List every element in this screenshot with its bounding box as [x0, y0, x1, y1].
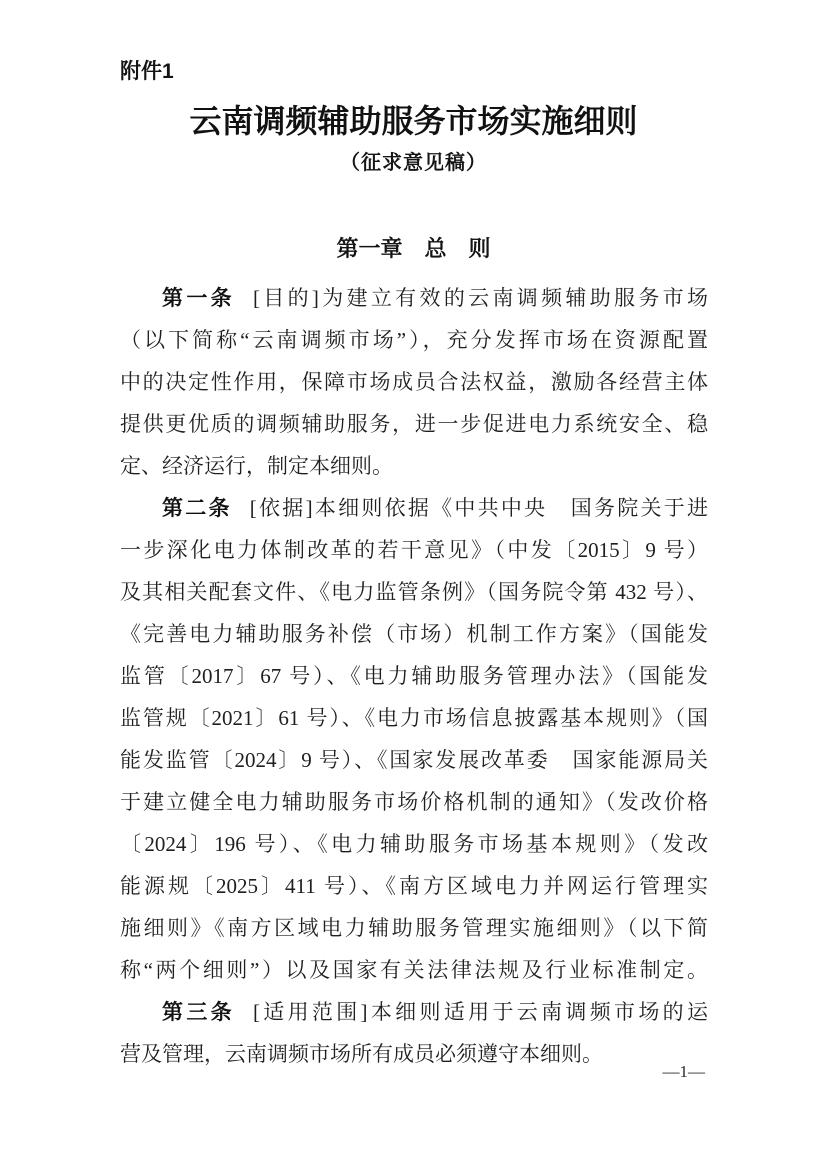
paragraph-line: 于建立健全电力辅助服务市场价格机制的通知》（发改价格 — [120, 781, 708, 823]
attachment-label: 附件1 — [120, 55, 174, 85]
document-title: 云南调频辅助服务市场实施细则 — [0, 96, 827, 142]
paragraph-line: 第一条[目的]为建立有效的云南调频辅助服务市场 — [120, 277, 708, 319]
paragraph-line: （以下简称“云南调频市场”），充分发挥市场在资源配置 — [120, 319, 708, 361]
document-subtitle: （征求意见稿） — [0, 146, 827, 175]
paragraph-line: 营及管理，云南调频市场所有成员必须遵守本细则。 — [120, 1033, 708, 1075]
paragraph-line: 能源规〔2025〕411 号）、《南方区域电力并网运行管理实 — [120, 865, 708, 907]
article-number: 第三条 — [162, 1001, 235, 1024]
document-page: 附件1 云南调频辅助服务市场实施细则 （征求意见稿） 第一章 总 则 第一条[目… — [0, 0, 827, 1170]
document-body: 第一条[目的]为建立有效的云南调频辅助服务市场 （以下简称“云南调频市场”），充… — [120, 277, 708, 1075]
paragraph-line: 监管规〔2021〕61 号）、《电力市场信息披露基本规则》（国 — [120, 697, 708, 739]
paragraph-line: 第二条[依据]本细则依据《中共中央 国务院关于进 — [120, 487, 708, 529]
page-number: —1— — [663, 1062, 706, 1082]
article-number: 第一条 — [162, 287, 235, 310]
paragraph-line: 提供更优质的调频辅助服务，进一步促进电力系统安全、稳 — [120, 403, 708, 445]
paragraph-line: 称“两个细则”）以及国家有关法律法规及行业标准制定。 — [120, 949, 708, 991]
paragraph-line: 能发监管〔2024〕9 号）、《国家发展改革委 国家能源局关 — [120, 739, 708, 781]
paragraph-line: 第三条[适用范围]本细则适用于云南调频市场的运 — [120, 991, 708, 1033]
paragraph-line: 一步深化电力体制改革的若干意见》（中发〔2015〕9 号） — [120, 529, 708, 571]
paragraph-line: 监管〔2017〕67 号）、《电力辅助服务管理办法》（国能发 — [120, 655, 708, 697]
chapter-heading: 第一章 总 则 — [0, 232, 827, 263]
paragraph-text: [目的]为建立有效的云南调频辅助服务市场 — [253, 286, 708, 310]
paragraph-line: 中的决定性作用，保障市场成员合法权益，激励各经营主体 — [120, 361, 708, 403]
paragraph-text: [依据]本细则依据《中共中央 国务院关于进 — [250, 496, 708, 520]
paragraph-text: [适用范围]本细则适用于云南调频市场的运 — [253, 1000, 708, 1024]
article-number: 第二条 — [162, 497, 232, 520]
paragraph-line: 施细则》《南方区域电力辅助服务管理实施细则》（以下简 — [120, 907, 708, 949]
paragraph-line: 《完善电力辅助服务补偿（市场）机制工作方案》（国能发 — [120, 613, 708, 655]
paragraph-line: 及其相关配套文件、《电力监管条例》（国务院令第 432 号）、 — [120, 571, 708, 613]
paragraph-line: 定、经济运行，制定本细则。 — [120, 445, 708, 487]
paragraph-line: 〔2024〕196 号）、《电力辅助服务市场基本规则》（发改 — [120, 823, 708, 865]
